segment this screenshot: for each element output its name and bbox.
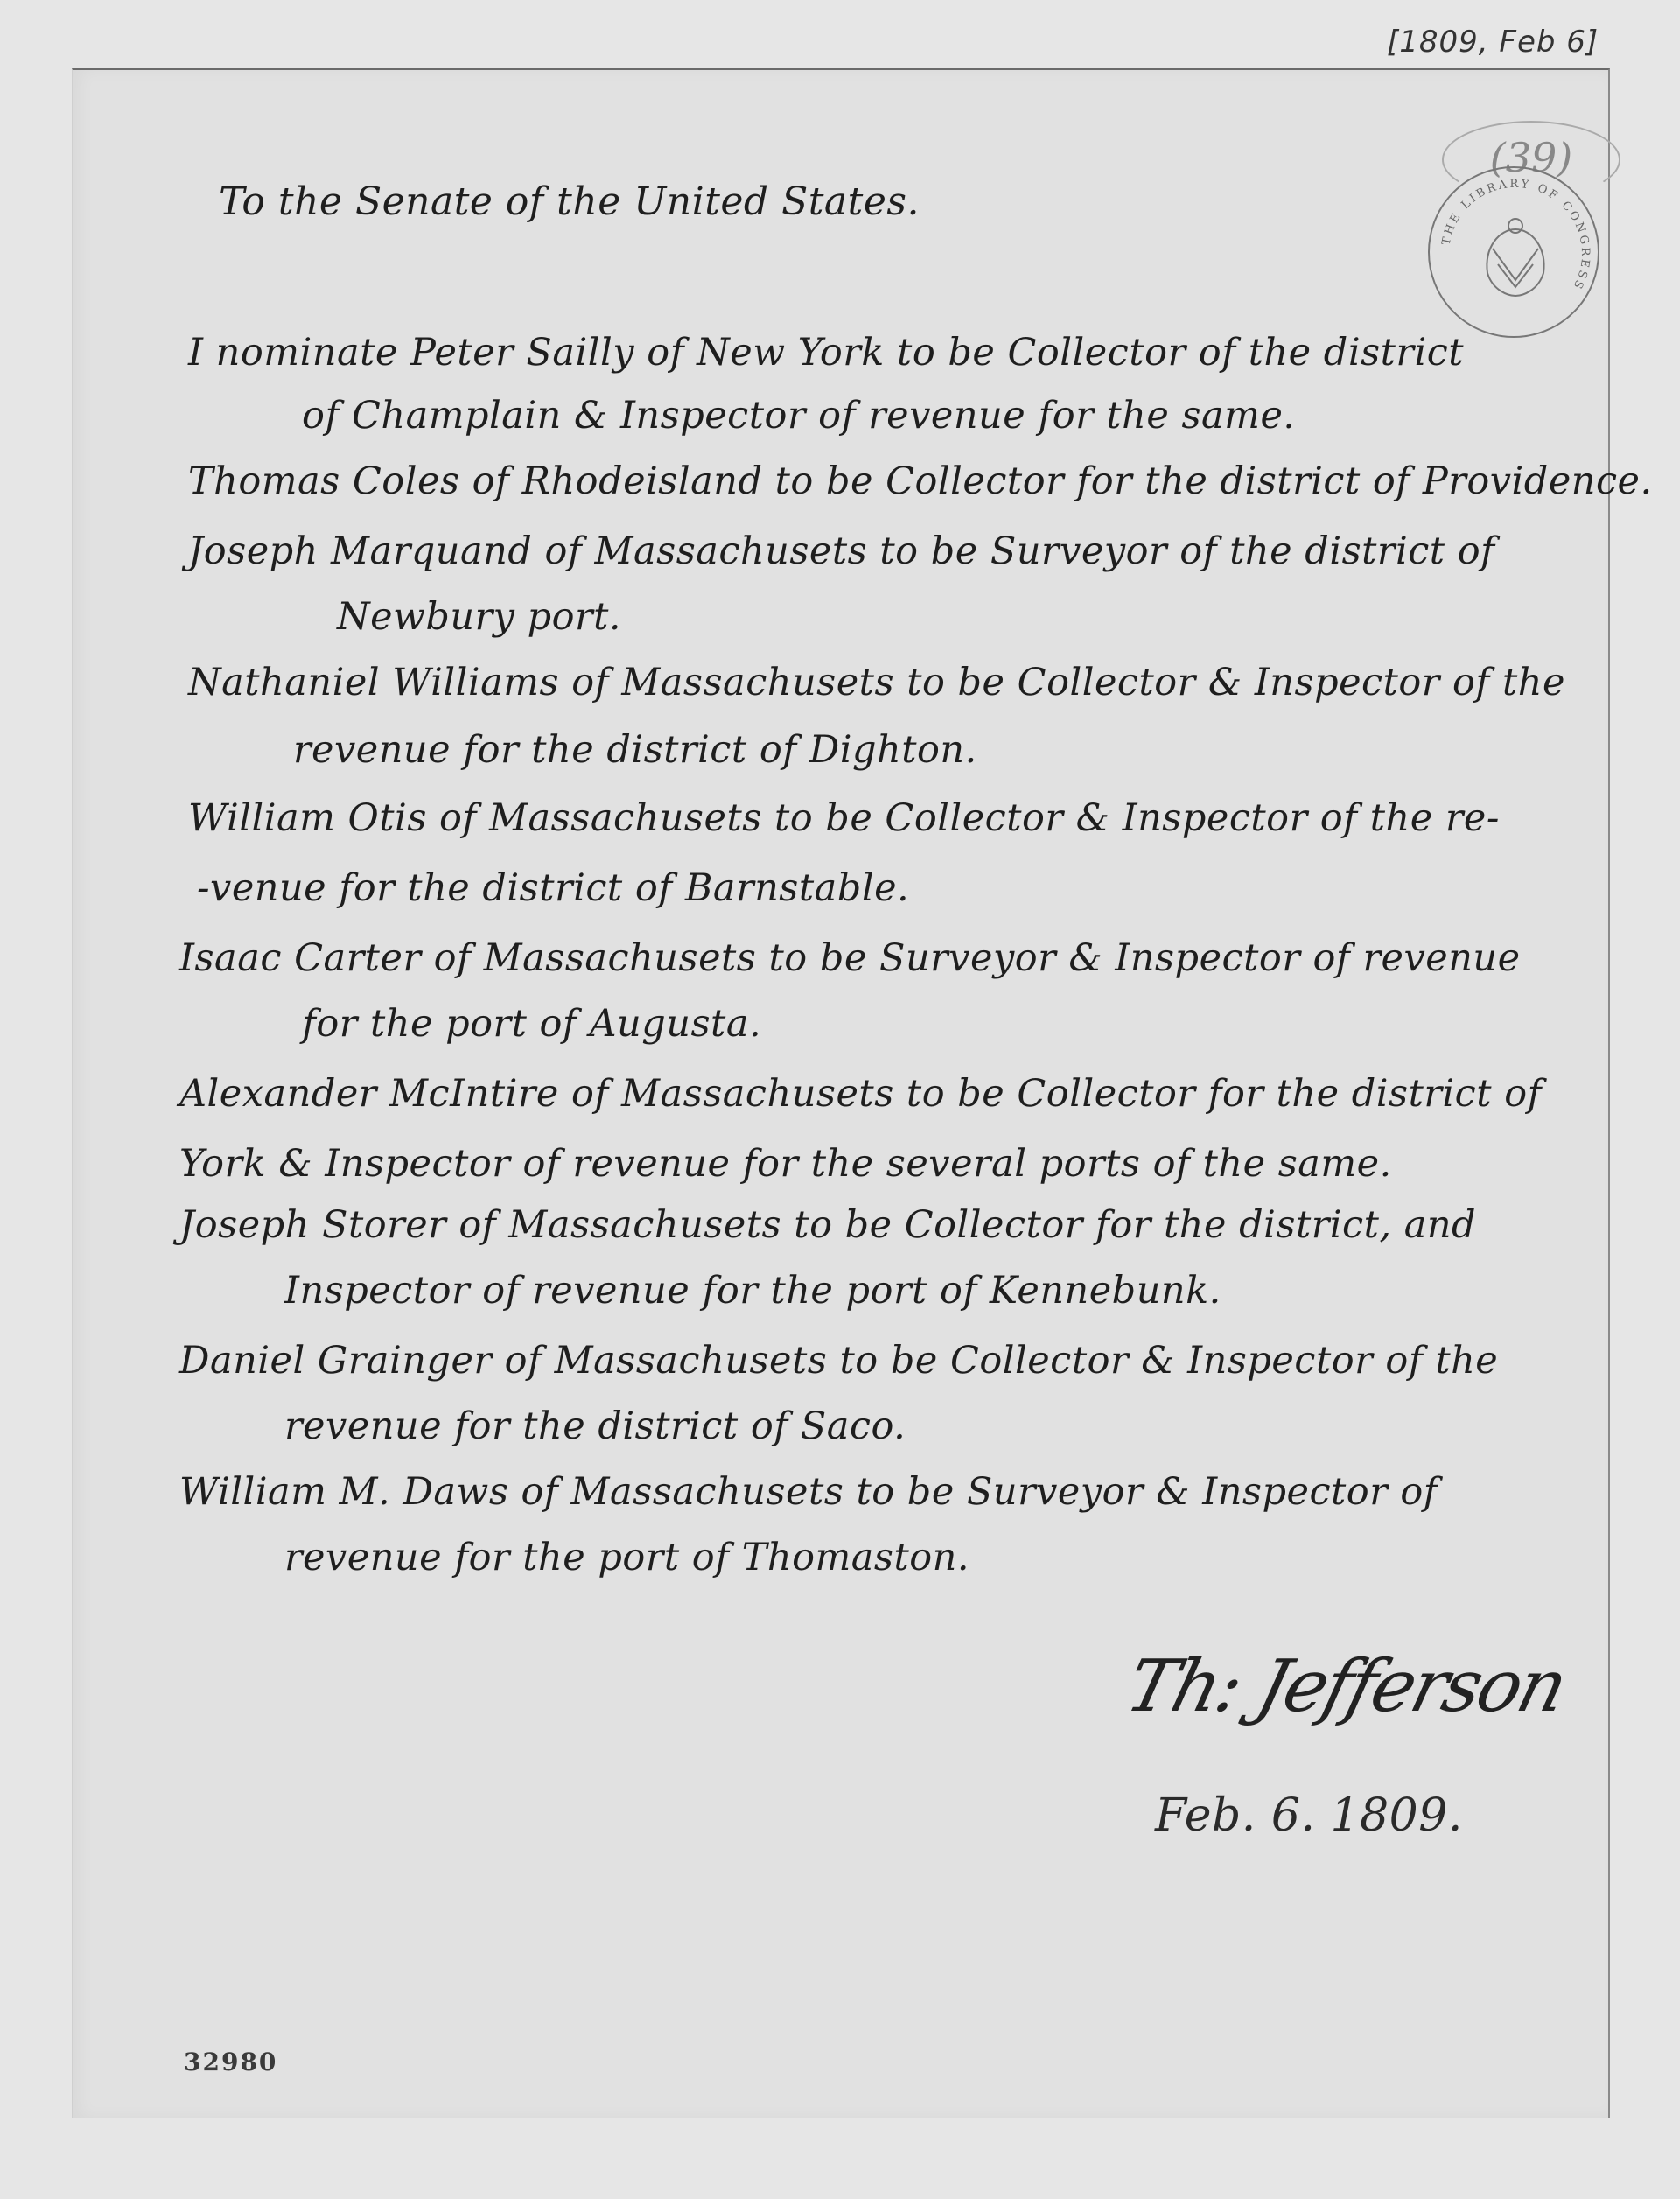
entry-line: William Otis of Massachusets to be Colle… — [188, 796, 1500, 840]
entry-line: Thomas Coles of Rhodeisland to be Collec… — [188, 459, 1653, 503]
salutation: To the Senate of the United States. — [219, 179, 920, 224]
entry-line: Isaac Carter of Massachusets to be Surve… — [179, 936, 1521, 980]
entry-line: Joseph Marquand of Massachusets to be Su… — [188, 529, 1495, 573]
entry-line: I nominate Peter Sailly of New York to b… — [188, 331, 1464, 375]
entry-line: for the port of Augusta. — [302, 1002, 761, 1046]
eagle-seal-icon: THE LIBRARY OF CONGRESS — [1430, 168, 1601, 340]
entry-line: of Champlain & Inspector of revenue for … — [302, 394, 1296, 438]
entry-line: Newbury port. — [337, 595, 621, 639]
library-of-congress-stamp: THE LIBRARY OF CONGRESS — [1428, 166, 1599, 338]
entry-line: Joseph Storer of Massachusets to be Coll… — [179, 1203, 1476, 1247]
entry-line: York & Inspector of revenue for the seve… — [179, 1142, 1392, 1186]
signature-date: Feb. 6. 1809. — [1155, 1789, 1463, 1842]
entry-line: revenue for the port of Thomaston. — [284, 1536, 969, 1579]
archive-date-annotation: [1809, Feb 6] — [1387, 25, 1599, 60]
entry-line: William M. Daws of Massachusets to be Su… — [179, 1470, 1438, 1514]
entry-line: revenue for the district of Saco. — [284, 1404, 906, 1448]
signature: Th: Jefferson — [1118, 1645, 1573, 1728]
entry-line: revenue for the district of Dighton. — [293, 728, 977, 772]
entry-line: Alexander McIntire of Massachusets to be… — [179, 1072, 1542, 1116]
entry-line: Nathaniel Williams of Massachusets to be… — [188, 661, 1565, 704]
document-number: 32980 — [184, 2048, 277, 2076]
svg-text:THE LIBRARY OF CONGRESS: THE LIBRARY OF CONGRESS — [1440, 178, 1592, 293]
entry-line: Daniel Grainger of Massachusets to be Co… — [179, 1339, 1498, 1383]
entry-line: Inspector of revenue for the port of Ken… — [284, 1269, 1221, 1313]
entry-line: -venue for the district of Barnstable. — [197, 866, 909, 910]
